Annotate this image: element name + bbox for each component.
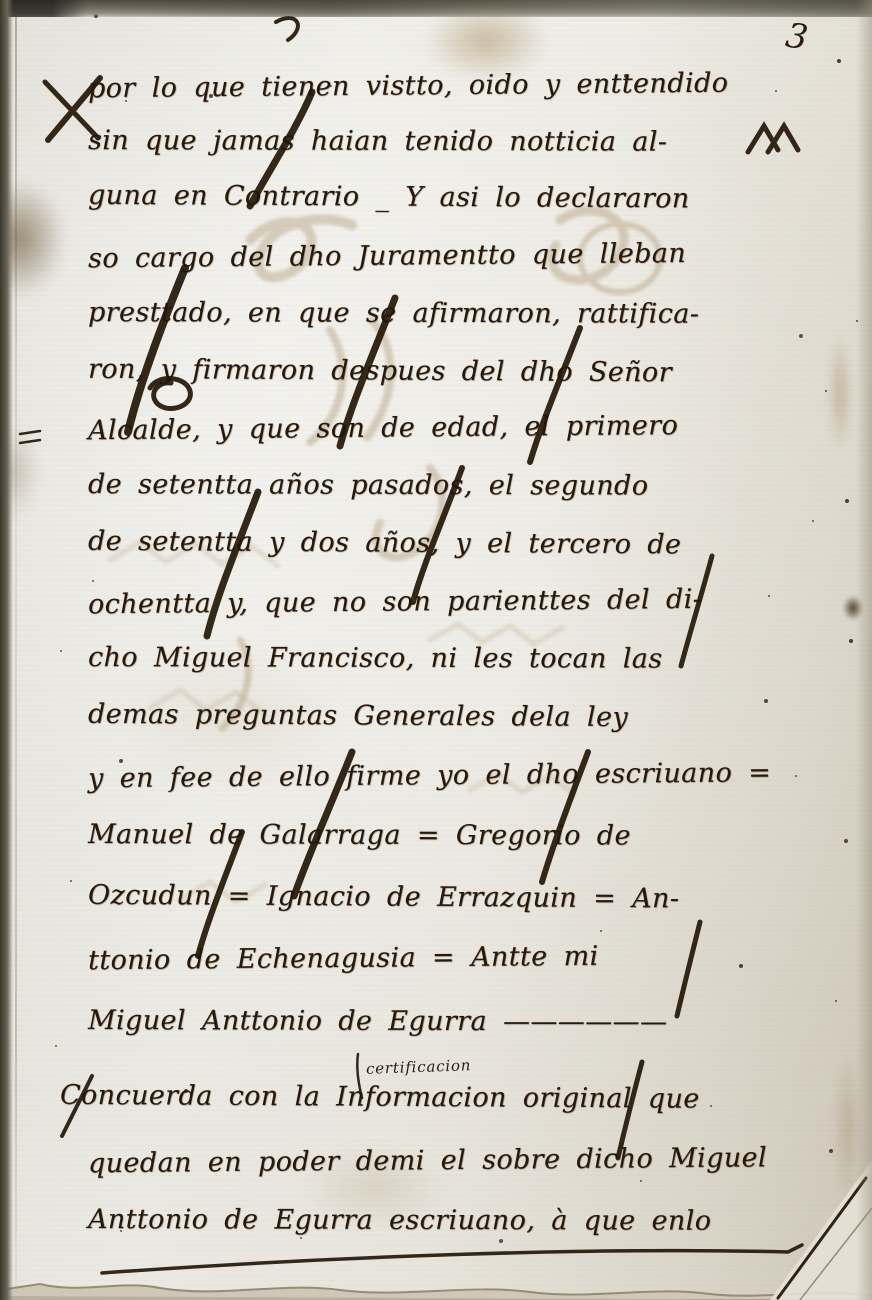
bottom-right-fold xyxy=(752,1160,872,1300)
left-crease-line xyxy=(15,17,17,1287)
ink-flourishes-overlay xyxy=(0,0,872,1300)
page-top-edge xyxy=(0,0,872,17)
page-left-edge xyxy=(0,0,13,1300)
bottom-torn-edge xyxy=(0,1258,872,1300)
manuscript-page: 3 por lo que tienen vistto, oido y entte… xyxy=(0,0,872,1300)
page-right-edge xyxy=(856,0,872,1300)
